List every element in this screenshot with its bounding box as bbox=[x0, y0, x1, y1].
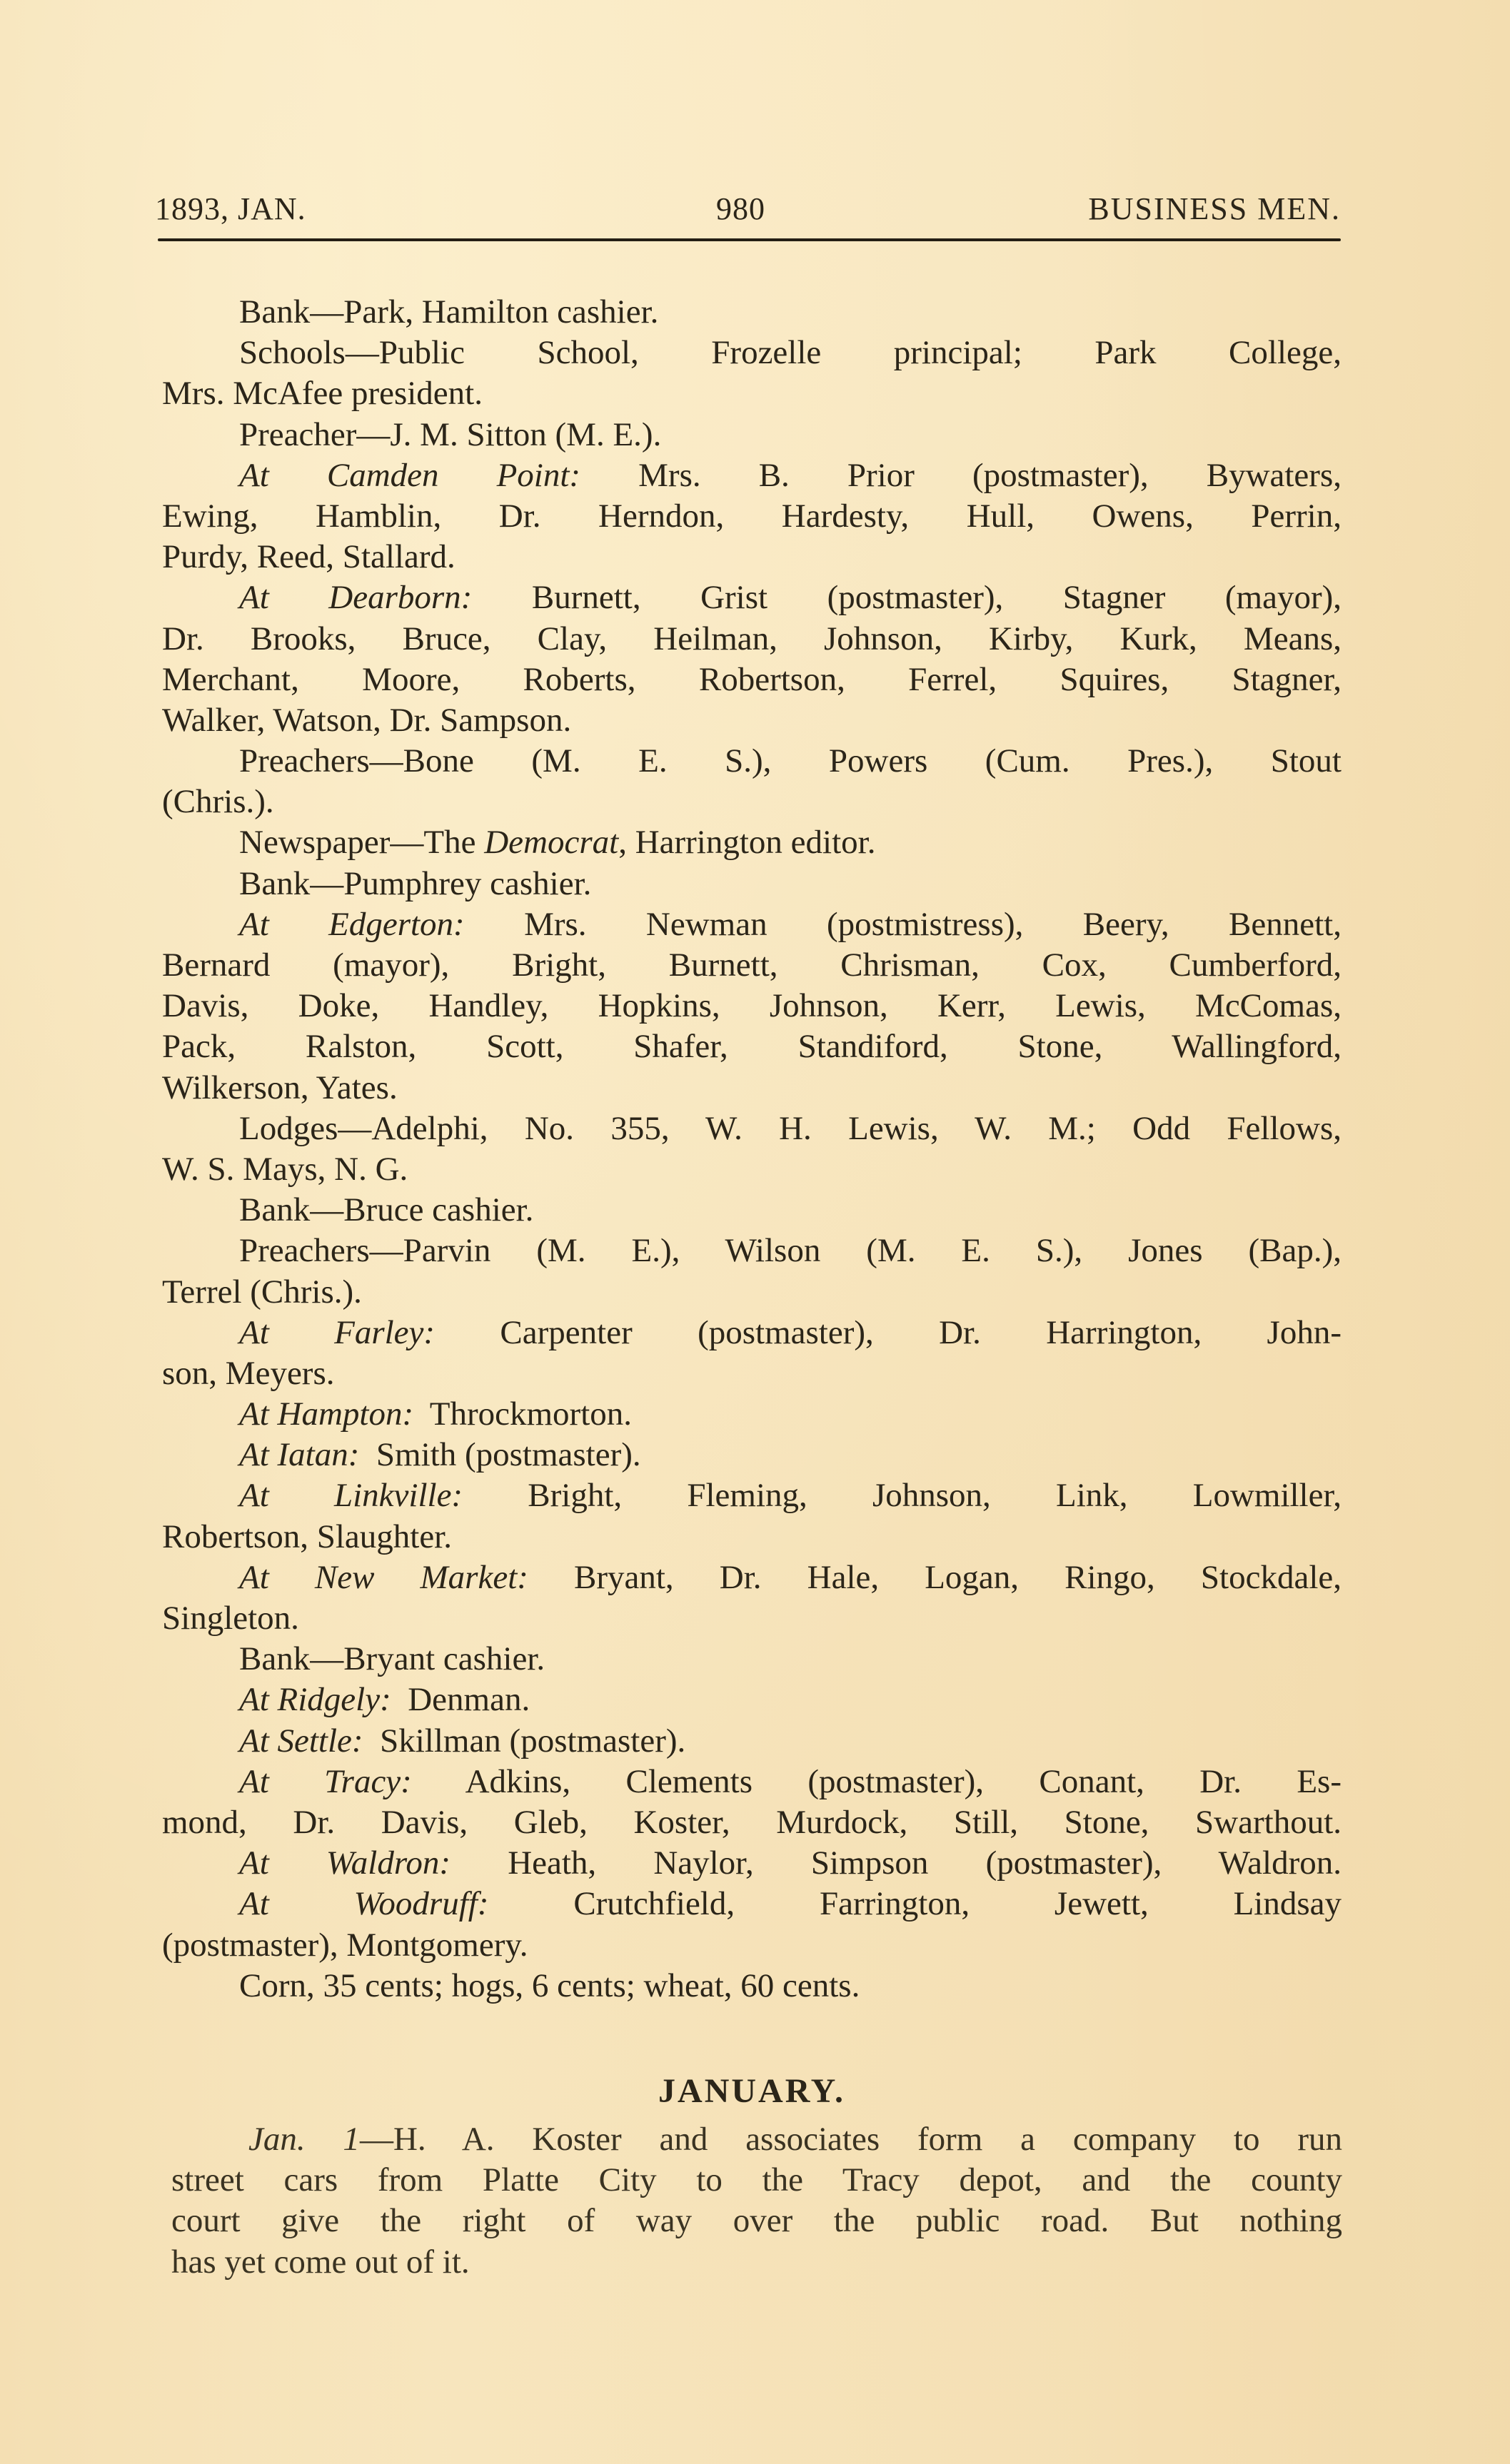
text-line: Schools—Public School, Frozelle principa… bbox=[162, 333, 1342, 373]
text-line: Terrel (Chris.). bbox=[162, 1272, 1342, 1313]
text-line: Dr. Brooks, Bruce, Clay, Heilman, Johnso… bbox=[162, 619, 1342, 660]
page-number: 980 bbox=[716, 191, 765, 227]
text-line: Bernard (mayor), Bright, Burnett, Chrism… bbox=[162, 945, 1342, 986]
italic-text-span: At Ridgely: bbox=[239, 1681, 391, 1718]
text-span: Lodges—Adelphi, No. 355, W. H. Lewis, W.… bbox=[239, 1110, 1342, 1147]
text-span: Pack, Ralston, Scott, Shafer, Standiford… bbox=[162, 1028, 1342, 1065]
text-span: Dr. Brooks, Bruce, Clay, Heilman, Johnso… bbox=[162, 620, 1342, 657]
text-line: Bank—Bryant cashier. bbox=[162, 1639, 1342, 1680]
text-span: Walker, Watson, Dr. Sampson. bbox=[162, 702, 571, 739]
text-line: Preachers—Parvin (M. E.), Wilson (M. E. … bbox=[162, 1231, 1342, 1271]
italic-text-span: At Settle: bbox=[239, 1722, 363, 1759]
text-line: At Dearborn: Burnett, Grist (postmaster)… bbox=[162, 577, 1342, 618]
text-span: —H. A. Koster and associates form a comp… bbox=[360, 2121, 1342, 2158]
text-line: Mrs. McAfee president. bbox=[162, 373, 1342, 414]
text-span: Skillman (postmaster). bbox=[363, 1722, 686, 1759]
text-line: At Waldron: Heath, Naylor, Simpson (post… bbox=[162, 1843, 1342, 1884]
text-span: Robertson, Slaughter. bbox=[162, 1518, 452, 1555]
text-span: Heath, Naylor, Simpson (postmaster), Wal… bbox=[451, 1844, 1342, 1882]
text-span: Preacher—J. M. Sitton (M. E.). bbox=[239, 416, 661, 453]
text-line: Davis, Doke, Handley, Hopkins, Johnson, … bbox=[162, 986, 1342, 1026]
italic-text-span: Jan. 1 bbox=[248, 2121, 360, 2158]
text-span: Newspaper—The bbox=[239, 824, 484, 861]
text-span: Bernard (mayor), Bright, Burnett, Chrism… bbox=[162, 946, 1342, 984]
text-line: Walker, Watson, Dr. Sampson. bbox=[162, 700, 1342, 741]
business-directory-text: Bank—Park, Hamilton cashier.Schools—Publ… bbox=[162, 292, 1342, 2006]
text-line: Preachers—Bone (M. E. S.), Powers (Cum. … bbox=[162, 741, 1342, 782]
italic-text-span: At Woodruff: bbox=[239, 1885, 489, 1922]
text-line: Bank—Pumphrey cashier. bbox=[162, 864, 1342, 904]
text-span: Corn, 35 cents; hogs, 6 cents; wheat, 60… bbox=[239, 1967, 860, 2004]
text-span: Wilkerson, Yates. bbox=[162, 1069, 398, 1106]
italic-text-span: At New Market: bbox=[239, 1559, 528, 1596]
text-span: Bank—Bryant cashier. bbox=[239, 1640, 545, 1677]
text-span: Mrs. B. Prior (postmaster), Bywaters, bbox=[580, 457, 1342, 494]
text-line: Robertson, Slaughter. bbox=[162, 1517, 1342, 1557]
text-line: Pack, Ralston, Scott, Shafer, Standiford… bbox=[162, 1026, 1342, 1067]
text-line: has yet come out of it. bbox=[171, 2242, 1342, 2283]
text-span: Davis, Doke, Handley, Hopkins, Johnson, … bbox=[162, 987, 1342, 1024]
italic-text-span: At Linkville: bbox=[239, 1477, 463, 1514]
text-line: son, Meyers. bbox=[162, 1353, 1342, 1394]
text-span: Bright, Fleming, Johnson, Link, Lowmille… bbox=[463, 1477, 1342, 1514]
text-span: mond, Dr. Davis, Gleb, Koster, Murdock, … bbox=[162, 1804, 1342, 1841]
text-span: (Chris.). bbox=[162, 783, 274, 820]
text-line: At Hampton: Throckmorton. bbox=[162, 1394, 1342, 1435]
text-line: Merchant, Moore, Roberts, Robertson, Fer… bbox=[162, 660, 1342, 700]
header-rule bbox=[158, 238, 1341, 241]
italic-text-span: At Farley: bbox=[239, 1314, 435, 1351]
text-line: At Farley: Carpenter (postmaster), Dr. H… bbox=[162, 1313, 1342, 1353]
text-line: mond, Dr. Davis, Gleb, Koster, Murdock, … bbox=[162, 1802, 1342, 1843]
text-span: Bank—Bruce cashier. bbox=[239, 1191, 533, 1228]
text-line: Bank—Bruce cashier. bbox=[162, 1190, 1342, 1231]
text-line: Ewing, Hamblin, Dr. Herndon, Hardesty, H… bbox=[162, 496, 1342, 537]
text-span: Terrel (Chris.). bbox=[162, 1273, 362, 1311]
text-span: Adkins, Clements (postmaster), Conant, D… bbox=[412, 1763, 1342, 1800]
text-line: Wilkerson, Yates. bbox=[162, 1068, 1342, 1109]
text-span: court give the right of way over the pub… bbox=[171, 2202, 1342, 2239]
text-span: Preachers—Bone (M. E. S.), Powers (Cum. … bbox=[239, 742, 1342, 779]
text-span: W. S. Mays, N. G. bbox=[162, 1151, 408, 1188]
january-events-text: Jan. 1—H. A. Koster and associates form … bbox=[171, 2119, 1342, 2283]
running-head-date: 1893, JAN. bbox=[155, 191, 306, 227]
italic-text-span: At Tracy: bbox=[239, 1763, 412, 1800]
italic-text-span: At Iatan: bbox=[239, 1436, 359, 1473]
text-span: son, Meyers. bbox=[162, 1355, 335, 1392]
text-line: At Linkville: Bright, Fleming, Johnson, … bbox=[162, 1475, 1342, 1516]
text-line: At New Market: Bryant, Dr. Hale, Logan, … bbox=[162, 1557, 1342, 1598]
text-span: has yet come out of it. bbox=[171, 2243, 470, 2281]
text-span: (postmaster), Montgomery. bbox=[162, 1927, 528, 1964]
text-line: Preacher—J. M. Sitton (M. E.). bbox=[162, 415, 1342, 455]
text-span: Ewing, Hamblin, Dr. Herndon, Hardesty, H… bbox=[162, 498, 1342, 535]
italic-text-span: At Dearborn: bbox=[239, 579, 472, 616]
italic-text-span: Democrat bbox=[484, 824, 618, 861]
text-span: Bank—Pumphrey cashier. bbox=[239, 865, 591, 902]
text-span: , Harrington editor. bbox=[618, 824, 875, 861]
text-span: Denman. bbox=[391, 1681, 530, 1718]
text-line: At Edgerton: Mrs. Newman (postmistress),… bbox=[162, 904, 1342, 945]
text-line: Corn, 35 cents; hogs, 6 cents; wheat, 60… bbox=[162, 1966, 1342, 2006]
text-span: Throckmorton. bbox=[413, 1395, 632, 1433]
text-line: Newspaper—The Democrat, Harrington edito… bbox=[162, 822, 1342, 863]
section-heading-january: JANUARY. bbox=[162, 2070, 1342, 2113]
text-span: Purdy, Reed, Stallard. bbox=[162, 538, 455, 575]
text-span: Burnett, Grist (postmaster), Stagner (ma… bbox=[472, 579, 1342, 616]
text-line: At Woodruff: Crutchfield, Farrington, Je… bbox=[162, 1884, 1342, 1924]
text-span: Schools—Public School, Frozelle principa… bbox=[239, 334, 1342, 371]
text-span: Bryant, Dr. Hale, Logan, Ringo, Stockdal… bbox=[528, 1559, 1342, 1596]
text-line: Bank—Park, Hamilton cashier. bbox=[162, 292, 1342, 333]
running-head: 1893, JAN. 980 BUSINESS MEN. bbox=[155, 191, 1341, 227]
text-line: Purdy, Reed, Stallard. bbox=[162, 537, 1342, 577]
text-span: Preachers—Parvin (M. E.), Wilson (M. E. … bbox=[239, 1232, 1342, 1269]
italic-text-span: At Hampton: bbox=[239, 1395, 413, 1433]
text-line: W. S. Mays, N. G. bbox=[162, 1149, 1342, 1190]
text-line: court give the right of way over the pub… bbox=[171, 2201, 1342, 2241]
text-line: street cars from Platte City to the Trac… bbox=[171, 2160, 1342, 2201]
text-span: Smith (postmaster). bbox=[359, 1436, 640, 1473]
italic-text-span: At Edgerton: bbox=[239, 906, 465, 943]
running-head-section-title: BUSINESS MEN. bbox=[1088, 191, 1341, 227]
text-line: At Tracy: Adkins, Clements (postmaster),… bbox=[162, 1762, 1342, 1802]
text-span: street cars from Platte City to the Trac… bbox=[171, 2161, 1342, 2198]
text-line: At Settle: Skillman (postmaster). bbox=[162, 1721, 1342, 1762]
text-line: Jan. 1—H. A. Koster and associates form … bbox=[171, 2119, 1342, 2160]
text-line: (Chris.). bbox=[162, 782, 1342, 822]
text-span: Merchant, Moore, Roberts, Robertson, Fer… bbox=[162, 661, 1342, 698]
text-span: Mrs. McAfee president. bbox=[162, 375, 483, 412]
text-line: Singleton. bbox=[162, 1598, 1342, 1639]
text-line: Lodges—Adelphi, No. 355, W. H. Lewis, W.… bbox=[162, 1109, 1342, 1149]
text-line: (postmaster), Montgomery. bbox=[162, 1925, 1342, 1966]
text-span: Bank—Park, Hamilton cashier. bbox=[239, 293, 658, 330]
text-line: At Ridgely: Denman. bbox=[162, 1680, 1342, 1720]
italic-text-span: At Camden Point: bbox=[239, 457, 580, 494]
italic-text-span: At Waldron: bbox=[239, 1844, 451, 1882]
text-span: Mrs. Newman (postmistress), Beery, Benne… bbox=[465, 906, 1342, 943]
text-line: At Iatan: Smith (postmaster). bbox=[162, 1435, 1342, 1475]
text-line: At Camden Point: Mrs. B. Prior (postmast… bbox=[162, 455, 1342, 496]
text-span: Crutchfield, Farrington, Jewett, Lindsay bbox=[489, 1885, 1342, 1922]
text-span: Carpenter (postmaster), Dr. Harrington, … bbox=[435, 1314, 1342, 1351]
text-span: Singleton. bbox=[162, 1600, 299, 1637]
